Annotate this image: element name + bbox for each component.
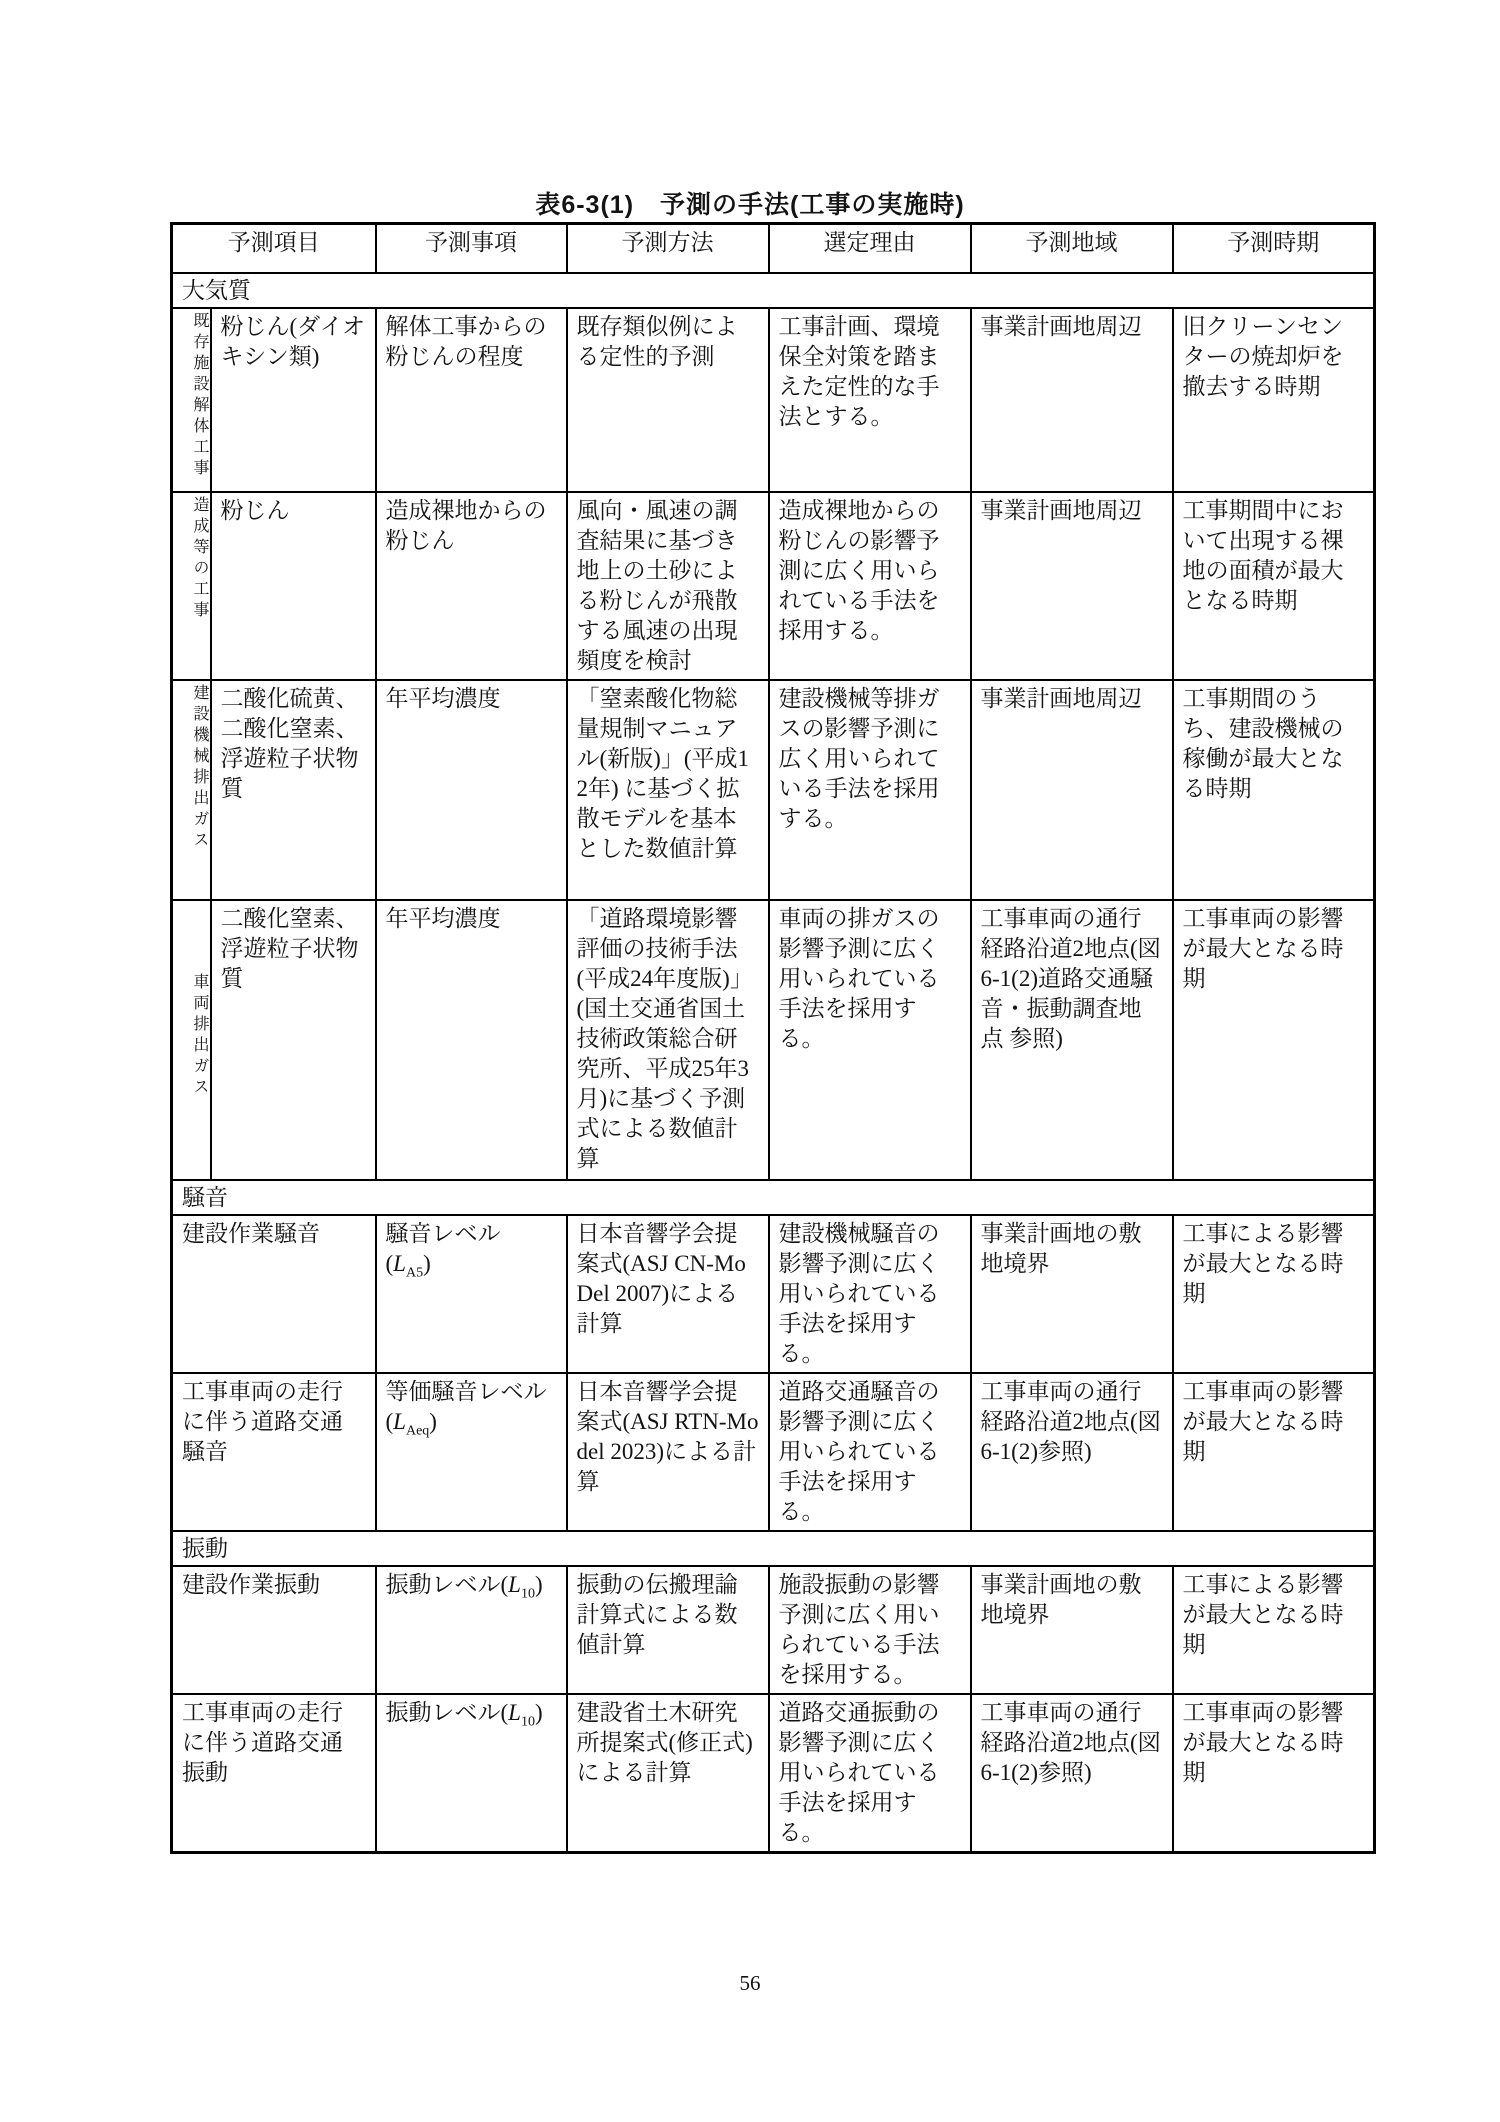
group-label-cell: 車両排出ガス (172, 900, 211, 1180)
matter-text: 等価騒音レベル (386, 1379, 547, 1404)
area-cell: 工事車両の通行経路沿道2地点(図6-1(2)参照) (971, 1694, 1173, 1853)
level-symbol-subscript: 10 (521, 1715, 535, 1730)
timing-cell: 工事期間中において出現する裸地の面積が最大となる時期 (1173, 492, 1375, 680)
col-header-prediction-timing: 予測時期 (1173, 224, 1375, 274)
timing-cell: 工事車両の影響が最大となる時期 (1173, 1694, 1375, 1853)
item-cell: 工事車両の走行に伴う道路交通振動 (172, 1694, 376, 1853)
method-cell: 風向・風速の調査結果に基づき地上の土砂による粉じんが飛散する風速の出現頻度を検討 (567, 492, 769, 680)
group-label-vertical-text: 建設機械排出ガス (182, 684, 217, 852)
reason-cell: 道路交通騒音の影響予測に広く用いられている手法を採用する。 (769, 1373, 971, 1531)
matter-cell: 騒音レベル(LA5) (376, 1215, 567, 1373)
timing-cell: 工事による影響が最大となる時期 (1173, 1566, 1375, 1694)
level-symbol-subscript: A5 (406, 1266, 423, 1281)
matter-cell: 振動レベル(L10) (376, 1566, 567, 1694)
level-symbol-subscript: Aeq (406, 1424, 429, 1439)
area-cell: 工事車両の通行経路沿道2地点(図6-1(2)道路交通騒音・振動調査地点 参照) (971, 900, 1173, 1180)
group-label-vertical-text: 造成等の工事 (182, 496, 217, 622)
item-cell: 二酸化窒素、浮遊粒子状物質 (211, 900, 376, 1180)
table-row: 工事車両の走行に伴う道路交通振動振動レベル(L10)建設省土木研究所提案式(修正… (172, 1694, 1375, 1853)
table-row: 工事車両の走行に伴う道路交通騒音等価騒音レベル(LAeq)日本音響学会提案式(A… (172, 1373, 1375, 1531)
group-label-vertical-text: 既存施設解体工事 (182, 312, 217, 480)
area-cell: 事業計画地の敷地境界 (971, 1566, 1173, 1694)
prediction-methods-table: 予測項目 予測事項 予測方法 選定理由 予測地域 予測時期 大気質既存施設解体工… (170, 222, 1376, 1854)
group-label-cell: 造成等の工事 (172, 492, 211, 680)
matter-cell: 年平均濃度 (376, 680, 567, 900)
item-cell: 二酸化硫黄、二酸化窒素、浮遊粒子状物質 (211, 680, 376, 900)
group-label-cell: 既存施設解体工事 (172, 308, 211, 492)
section-header-row: 振動 (172, 1531, 1375, 1566)
table-row: 既存施設解体工事粉じん(ダイオキシン類)解体工事からの粉じんの程度既存類似例によ… (172, 308, 1375, 492)
table-row: 車両排出ガス二酸化窒素、浮遊粒子状物質年平均濃度「道路環境影響評価の技術手法(平… (172, 900, 1375, 1180)
reason-cell: 造成裸地からの粉じんの影響予測に広く用いられている手法を採用する。 (769, 492, 971, 680)
matter-cell: 年平均濃度 (376, 900, 567, 1180)
reason-cell: 車両の排ガスの影響予測に広く用いられている手法を採用する。 (769, 900, 971, 1180)
table-title: 表6-3(1) 予測の手法(工事の実施時) (0, 185, 1500, 221)
col-header-prediction-method: 予測方法 (567, 224, 769, 274)
reason-cell: 建設機械等排ガスの影響予測に広く用いられている手法を採用する。 (769, 680, 971, 900)
timing-cell: 旧クリーンセンターの焼却炉を撤去する時期 (1173, 308, 1375, 492)
table-row: 建設作業騒音騒音レベル(LA5)日本音響学会提案式(ASJ CN-MoDel 2… (172, 1215, 1375, 1373)
reason-cell: 施設振動の影響予測に広く用いられている手法を採用する。 (769, 1566, 971, 1694)
matter-cell: 解体工事からの粉じんの程度 (376, 308, 567, 492)
col-header-prediction-item: 予測項目 (172, 224, 376, 274)
area-cell: 工事車両の通行経路沿道2地点(図6-1(2)参照) (971, 1373, 1173, 1531)
method-cell: 「窒素酸化物総量規制マニュアル(新版)」(平成12年) に基づく拡散モデルを基本… (567, 680, 769, 900)
matter-cell: 振動レベル(L10) (376, 1694, 567, 1853)
section-label: 大気質 (172, 273, 1375, 308)
level-symbol: L (508, 1700, 521, 1725)
group-label-vertical-text: 車両排出ガス (182, 973, 217, 1099)
group-label-cell: 建設機械排出ガス (172, 680, 211, 900)
method-cell: 日本音響学会提案式(ASJ RTN-Model 2023)による計算 (567, 1373, 769, 1531)
area-cell: 事業計画地周辺 (971, 492, 1173, 680)
level-symbol: L (393, 1409, 406, 1434)
reason-cell: 道路交通振動の影響予測に広く用いられている手法を採用する。 (769, 1694, 971, 1853)
header-row: 予測項目 予測事項 予測方法 選定理由 予測地域 予測時期 (172, 224, 1375, 274)
reason-cell: 工事計画、環境保全対策を踏まえた定性的な手法とする。 (769, 308, 971, 492)
section-label: 騒音 (172, 1180, 1375, 1215)
item-cell: 建設作業騒音 (172, 1215, 376, 1373)
col-header-prediction-matter: 予測事項 (376, 224, 567, 274)
timing-cell: 工事による影響が最大となる時期 (1173, 1215, 1375, 1373)
section-header-row: 大気質 (172, 273, 1375, 308)
method-cell: 日本音響学会提案式(ASJ CN-MoDel 2007)による計算 (567, 1215, 769, 1373)
level-symbol: L (508, 1572, 521, 1597)
timing-cell: 工事期間のうち、建設機械の稼働が最大となる時期 (1173, 680, 1375, 900)
matter-cell: 造成裸地からの粉じん (376, 492, 567, 680)
document-page: 表6-3(1) 予測の手法(工事の実施時) 予測項目 予測事項 予測方法 選定理… (0, 0, 1500, 2122)
timing-cell: 工事車両の影響が最大となる時期 (1173, 900, 1375, 1180)
item-cell: 粉じん(ダイオキシン類) (211, 308, 376, 492)
method-cell: 建設省土木研究所提案式(修正式)による計算 (567, 1694, 769, 1853)
area-cell: 事業計画地周辺 (971, 680, 1173, 900)
method-cell: 既存類似例による定性的予測 (567, 308, 769, 492)
col-header-prediction-area: 予測地域 (971, 224, 1173, 274)
matter-text: 騒音レベル (386, 1221, 501, 1246)
matter-cell: 等価騒音レベル(LAeq) (376, 1373, 567, 1531)
col-header-selection-reason: 選定理由 (769, 224, 971, 274)
area-cell: 事業計画地の敷地境界 (971, 1215, 1173, 1373)
method-cell: 「道路環境影響評価の技術手法(平成24年度版)」(国土交通省国土技術政策総合研究… (567, 900, 769, 1180)
item-cell: 粉じん (211, 492, 376, 680)
table-row: 建設機械排出ガス二酸化硫黄、二酸化窒素、浮遊粒子状物質年平均濃度「窒素酸化物総量… (172, 680, 1375, 900)
section-header-row: 騒音 (172, 1180, 1375, 1215)
timing-cell: 工事車両の影響が最大となる時期 (1173, 1373, 1375, 1531)
table-row: 造成等の工事粉じん造成裸地からの粉じん風向・風速の調査結果に基づき地上の土砂によ… (172, 492, 1375, 680)
item-cell: 建設作業振動 (172, 1566, 376, 1694)
table-row: 建設作業振動振動レベル(L10)振動の伝搬理論計算式による数値計算施設振動の影響… (172, 1566, 1375, 1694)
section-label: 振動 (172, 1531, 1375, 1566)
level-symbol: L (393, 1251, 406, 1276)
reason-cell: 建設機械騒音の影響予測に広く用いられている手法を採用する。 (769, 1215, 971, 1373)
area-cell: 事業計画地周辺 (971, 308, 1173, 492)
method-cell: 振動の伝搬理論計算式による数値計算 (567, 1566, 769, 1694)
matter-text: 振動レベル (386, 1700, 501, 1725)
matter-text: 振動レベル (386, 1572, 501, 1597)
item-cell: 工事車両の走行に伴う道路交通騒音 (172, 1373, 376, 1531)
table-body: 大気質既存施設解体工事粉じん(ダイオキシン類)解体工事からの粉じんの程度既存類似… (172, 273, 1375, 1853)
level-symbol-subscript: 10 (521, 1587, 535, 1602)
page-number: 56 (0, 1971, 1500, 1996)
